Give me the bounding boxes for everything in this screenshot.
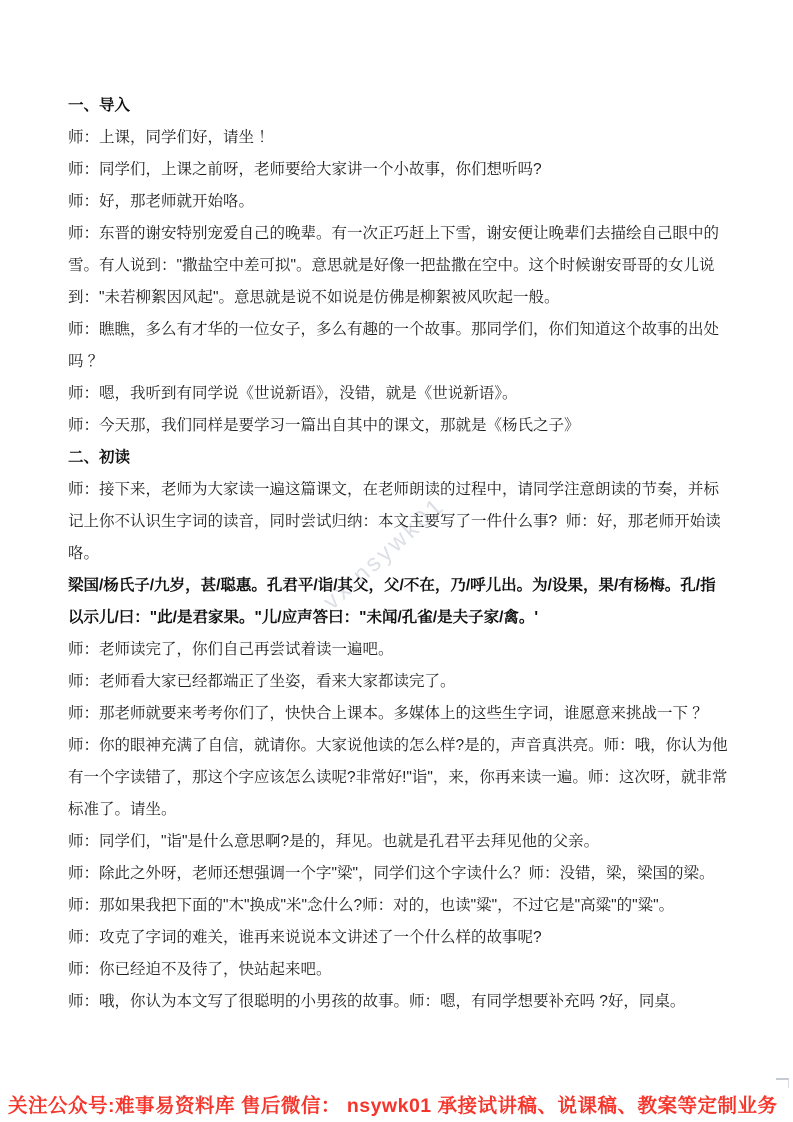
footer-promo-text: 关注公众号:难事易资料库 售后微信： nsywk01 承接试讲稿、说课稿、教案等… xyxy=(0,1090,793,1118)
paragraph: 师：老师读完了，你们自己再尝试着读一遍吧。 xyxy=(68,634,729,666)
document-body: 一、导入师：上课，同学们好，请坐 ！师：同学们，上课之前呀，老师要给大家讲一个小… xyxy=(68,90,729,1018)
paragraph: 师：你已经迫不及待了，快站起来吧。 xyxy=(68,954,729,986)
paragraph: 师：东晋的谢安特别宠爱自己的晚辈。有一次正巧赶上下雪，谢安便让晚辈们去描绘自己眼… xyxy=(68,218,729,314)
paragraph: 师：接下来，老师为大家读一遍这篇课文，在老师朗读的过程中，请同学注意朗读的节奏，… xyxy=(68,474,729,570)
paragraph: 师：那如果我把下面的"木"换成"米"念什么?师：对的，也读"粱"，不过它是"高粱… xyxy=(68,890,729,922)
paragraph: 师：嗯，我听到有同学说《世说新语》，没错，就是《世说新语》。 xyxy=(68,378,729,410)
lesson-text-passage: 梁国/杨氏子/九岁，甚/聪惠。孔君平/诣/其父，父/不在，乃/呼儿出。为/设果，… xyxy=(68,570,729,634)
paragraph: 师：好，那老师就开始咯。 xyxy=(68,186,729,218)
section-heading: 一、导入 xyxy=(68,90,729,122)
smudge-mark xyxy=(776,1078,789,1088)
section-heading: 二、初读 xyxy=(68,442,729,474)
paragraph: 师：同学们，上课之前呀，老师要给大家讲一个小故事，你们想听吗? xyxy=(68,154,729,186)
paragraph: 师：同学们，"诣"是什么意思啊?是的，拜见。也就是孔君平去拜见他的父亲。 xyxy=(68,826,729,858)
paragraph: 师：今天那，我们同样是要学习一篇出自其中的课文，那就是《杨氏之子》 xyxy=(68,410,729,442)
paragraph: 师：上课，同学们好，请坐 ！ xyxy=(68,122,729,154)
paragraph: 师：老师看大家已经都端正了坐姿，看来大家都读完了。 xyxy=(68,666,729,698)
document-page: vx:nsywk01 一、导入师：上课，同学们好，请坐 ！师：同学们，上课之前呀… xyxy=(0,0,793,1122)
paragraph: 师：攻克了字词的难关，谁再来说说本文讲述了一个什么样的故事呢? xyxy=(68,922,729,954)
paragraph: 师：瞧瞧，多么有才华的一位女子，多么有趣的一个故事。那同学们，你们知道这个故事的… xyxy=(68,314,729,378)
paragraph: 师：你的眼神充满了自信，就请你。大家说他读的怎么样?是的，声音真洪亮。师：哦，你… xyxy=(68,730,729,826)
paragraph: 师：哦，你认为本文写了很聪明的小男孩的故事。师：嗯，有同学想要补充吗 ?好，同桌… xyxy=(68,986,729,1018)
paragraph: 师：除此之外呀，老师还想强调一个字"梁"，同学们这个字读什么？师：没错，梁，梁国… xyxy=(68,858,729,890)
paragraph: 师：那老师就要来考考你们了，快快合上课本。多媒体上的这些生字词，谁愿意来挑战一下… xyxy=(68,698,729,730)
